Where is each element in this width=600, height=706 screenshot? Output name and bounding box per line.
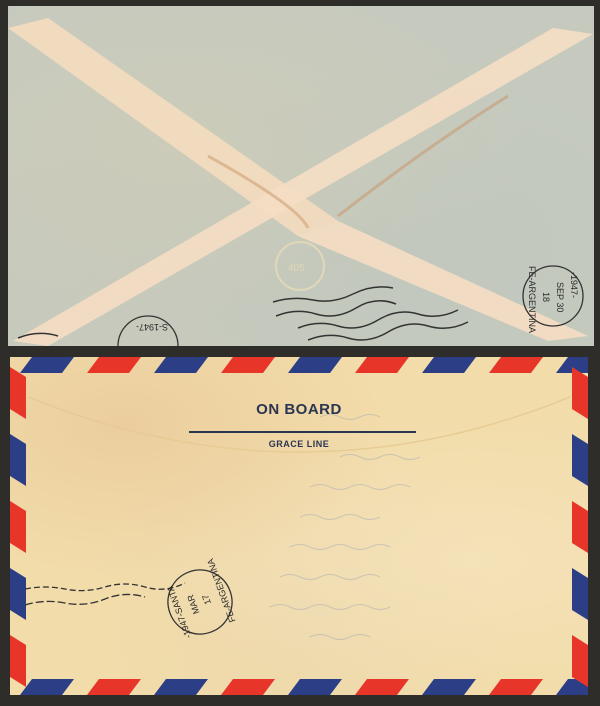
postmark-bottom: MAR 17 -1947-SANTA FE-ARGENTINA: [157, 556, 241, 643]
bottom-envelope-marks: MAR 17 -1947-SANTA FE-ARGENTINA: [10, 357, 588, 695]
svg-text:FE-ARGENTINA: FE-ARGENTINA: [205, 557, 237, 623]
svg-text:S-1947-: S-1947-: [136, 322, 168, 332]
svg-text:FE-ARGENTINA: FE-ARGENTINA: [527, 266, 537, 333]
svg-text:405: 405: [288, 263, 305, 274]
tape-strip: [298, 221, 588, 341]
svg-text:17: 17: [200, 593, 213, 606]
svg-text:MAR: MAR: [185, 593, 201, 616]
svg-text:-1947-: -1947-: [569, 272, 579, 298]
top-envelope-graphics: 405 SEP 30 18 -1947- FE-ARGENTINA S-1947…: [8, 6, 594, 346]
svg-text:18: 18: [541, 292, 551, 302]
postmark-bottom-left: S-1947-: [118, 316, 178, 346]
bottom-envelope: ON BOARD GRACE LINE MAR 17 -1947-SANTA F…: [10, 357, 588, 695]
top-envelope: 405 SEP 30 18 -1947- FE-ARGENTINA S-1947…: [8, 6, 594, 346]
svg-text:SEP 30: SEP 30: [555, 282, 565, 312]
